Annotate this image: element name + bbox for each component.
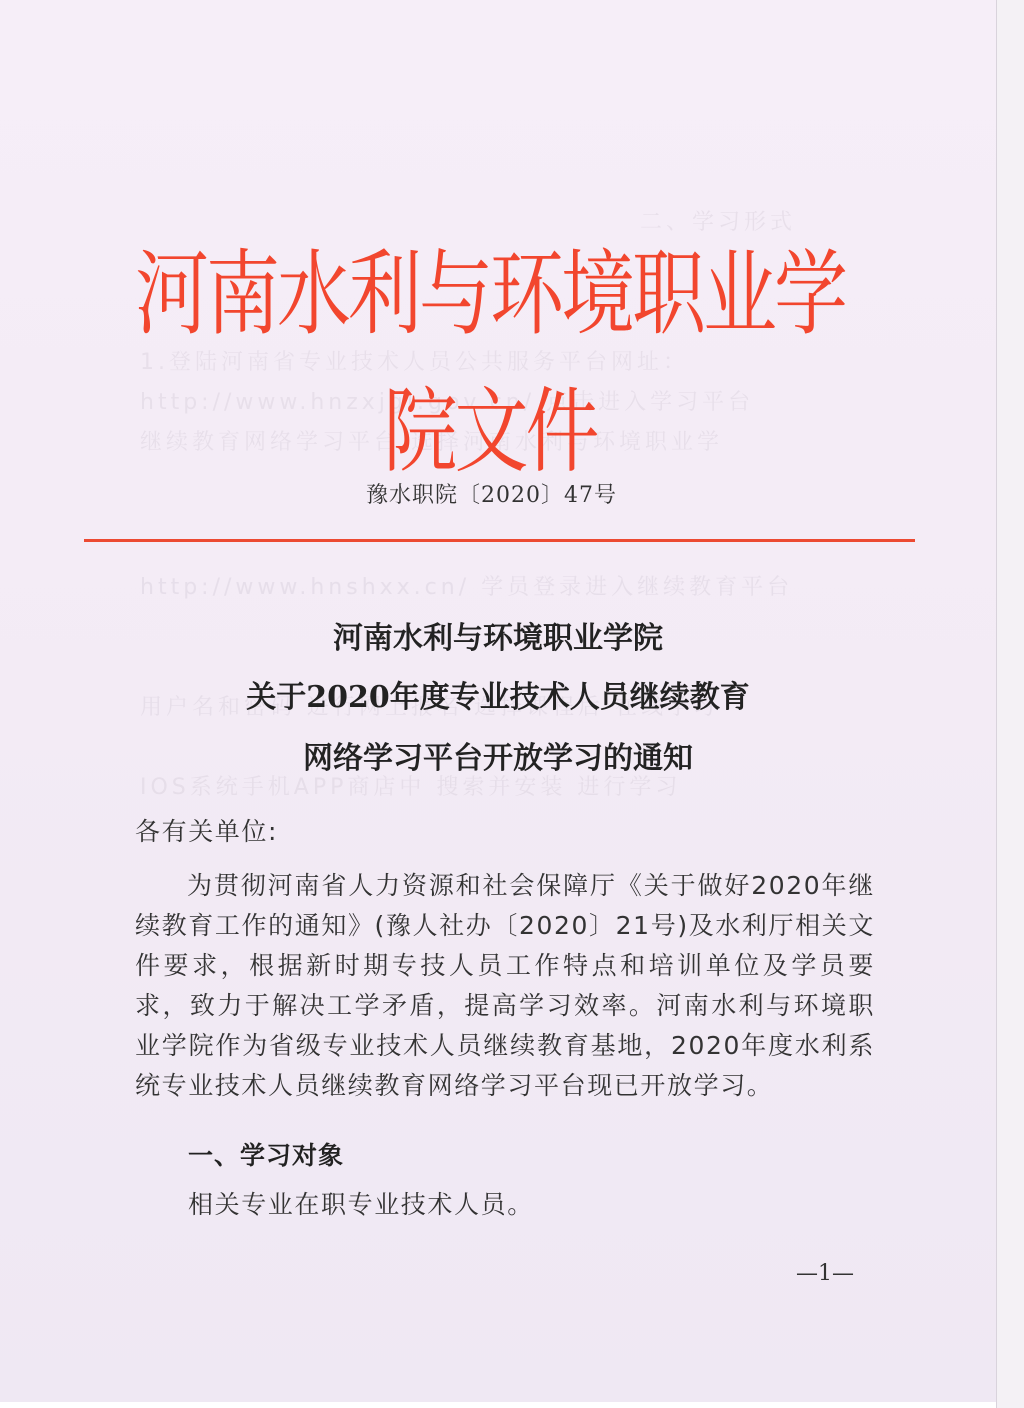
- section-heading-study-target: 一、学习对象: [188, 1136, 344, 1172]
- document-number: 豫水职院〔2020〕47号: [366, 478, 617, 509]
- scanner-edge-strip: [996, 0, 1024, 1408]
- notice-title-line-2: 关于2020年度专业技术人员继续教育: [0, 672, 996, 716]
- red-divider-rule: [84, 539, 915, 542]
- page-number: —1—: [796, 1261, 854, 1286]
- notice-title-line-1: 河南水利与环境职业学院: [0, 613, 996, 657]
- masthead-title: 河南水利与环境职业学院文件: [110, 226, 870, 501]
- bleed-through-text: http://www.hnshxx.cn/ 学员登录进入继续教育平台: [140, 570, 793, 601]
- body-paragraph: 为贯彻河南省人力资源和社会保障厅《关于做好2020年继续教育工作的通知》(豫人社…: [135, 866, 875, 1106]
- section-body-study-target: 相关专业在职专业技术人员。: [188, 1185, 534, 1221]
- notice-title-line-3: 网络学习平台开放学习的通知: [0, 733, 996, 777]
- document-page: 二、学习形式 1.登陆河南省专业技术人员公共服务平台网址： http://www…: [0, 0, 996, 1408]
- salutation: 各有关单位:: [135, 812, 875, 852]
- scanner-bottom-edge: [0, 1402, 996, 1408]
